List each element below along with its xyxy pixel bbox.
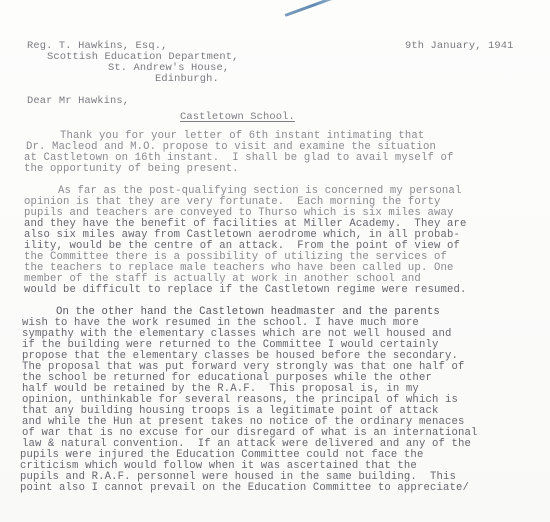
paragraph-1-line: the opportunity of being present. — [24, 163, 239, 175]
letter-page: Reg. T. Hawkins, Esq., Scottish Educatio… — [0, 0, 550, 522]
letter-date: 9th January, 1941 — [405, 40, 514, 52]
paragraph-3-line: point also I cannot prevail on the Educa… — [20, 482, 469, 494]
recipient-city: Edinburgh. — [155, 73, 219, 85]
paragraph-2-line: would be difficult to replace if the Cas… — [24, 284, 467, 296]
subject-heading: Castletown School. — [180, 111, 295, 123]
salutation: Dear Mr Hawkins, — [27, 95, 129, 107]
pen-stroke-mark — [284, 0, 343, 17]
